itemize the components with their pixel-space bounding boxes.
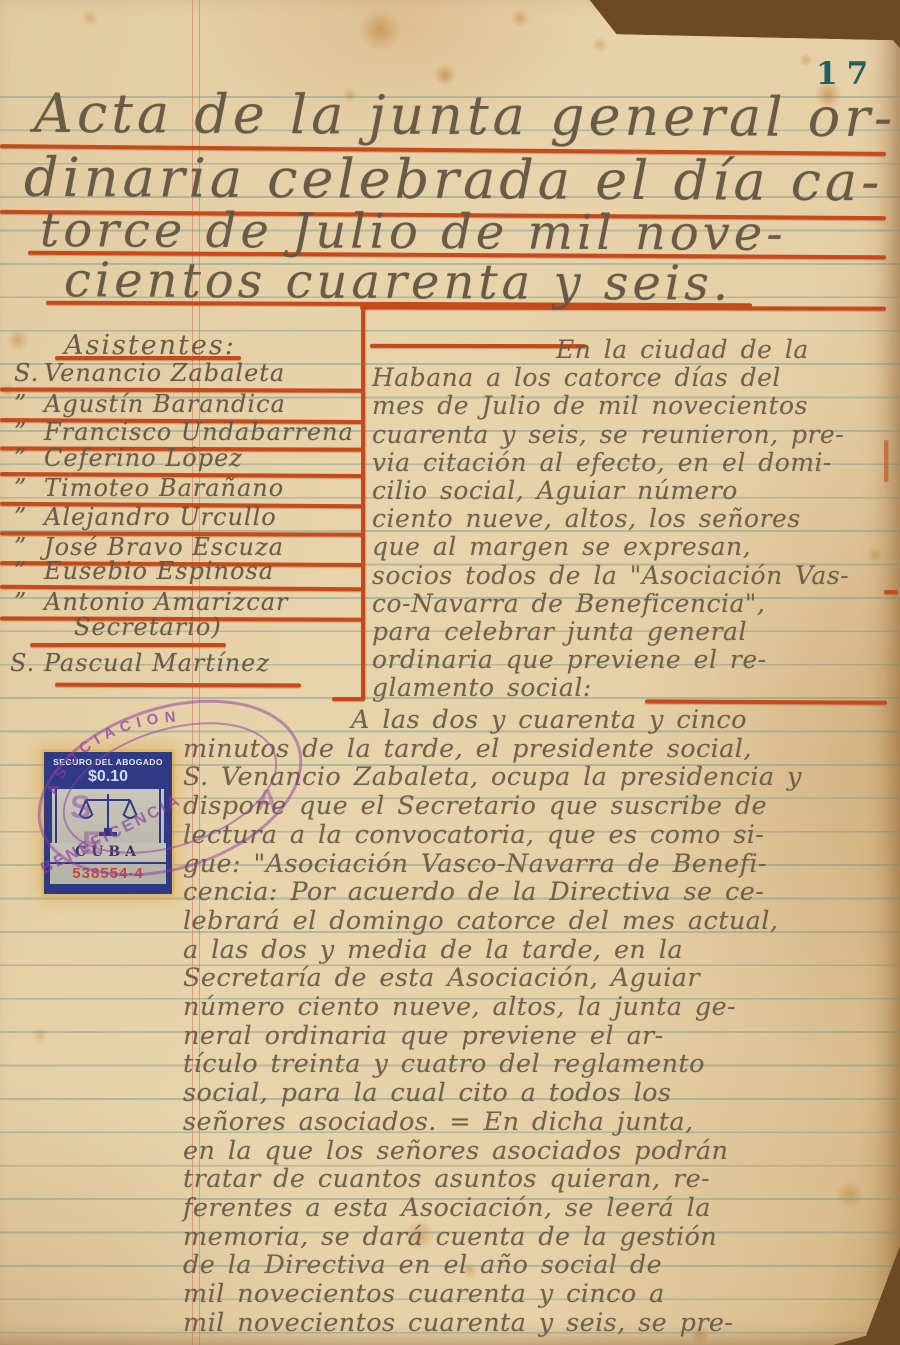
handwriting-line: cencia: Por acuerdo de la Directiva se c… bbox=[183, 878, 895, 907]
attendee-row: ”Timoteo Barañano bbox=[14, 474, 284, 502]
ledger-page: 17 Asistentes: En la ciudad de laHabana … bbox=[0, 0, 900, 1345]
title-line: Acta de la junta general or- bbox=[34, 82, 897, 150]
attendee-name: Venancio Zabaleta bbox=[44, 359, 285, 387]
handwriting-line: glamento social: bbox=[372, 674, 886, 702]
handwriting-line: mil novecientos cuarenta y cinco a bbox=[183, 1280, 895, 1309]
handwriting-line: señores asociados. = En dicha junta, bbox=[183, 1108, 895, 1137]
handwriting-line: cuarenta y seis, se reunieron, pre- bbox=[372, 421, 886, 449]
handwriting-line: mes de Julio de mil novecientos bbox=[372, 392, 886, 420]
handwriting-line: tratar de cuantos asuntos quieran, re- bbox=[183, 1165, 895, 1194]
attendee-name: Ceferino López bbox=[44, 444, 243, 472]
handwriting-line: social, para la cual cito a todos los bbox=[183, 1079, 895, 1108]
handwriting-line: tículo treinta y cuatro del reglamento bbox=[183, 1050, 895, 1079]
stamp-serial: 538554-4 bbox=[50, 862, 166, 884]
handwriting-line: Habana a los catorce días del bbox=[372, 364, 886, 392]
attendees-heading: Asistentes: bbox=[64, 330, 236, 361]
attendee-row: ”Agustín Barandica bbox=[14, 390, 286, 418]
handwriting-line: via citación al efecto, en el domi- bbox=[372, 449, 886, 477]
attendee-name: Eusebio Espinosa bbox=[44, 557, 274, 585]
revenue-stamp: SEGURO DEL ABOGADO $0.10 CUBA bbox=[44, 752, 172, 894]
handwriting-line: para celebrar junta general bbox=[372, 618, 886, 646]
handwriting-line: que al margen se expresan, bbox=[372, 533, 886, 561]
handwriting-line: co-Navarra de Beneficencia", bbox=[372, 590, 886, 618]
attendee-name: Antonio Amarizcar bbox=[44, 588, 289, 616]
handwriting-line: S. Venancio Zabaleta, ocupa la presidenc… bbox=[183, 763, 895, 792]
stamp-scales-panel bbox=[50, 789, 166, 843]
attendee-prefix: ” bbox=[14, 390, 44, 418]
attendee-row: ”Ceferino López bbox=[14, 444, 243, 472]
stamp-value: $0.10 bbox=[48, 767, 168, 789]
attendee-row: S.Venancio Zabaleta bbox=[14, 359, 285, 387]
handwriting-line: lectura a la convocatoria, que es como s… bbox=[183, 821, 895, 850]
title-line: cientos cuarenta y seis. bbox=[64, 252, 732, 311]
handwriting-line: ciento nueve, altos, los señores bbox=[372, 505, 886, 533]
handwriting-line: neral ordinaria que previene el ar- bbox=[183, 1022, 895, 1051]
handwriting-line: ferentes a esta Asociación, se leerá la bbox=[183, 1194, 895, 1223]
attendee-prefix: ” bbox=[14, 503, 44, 531]
handwriting-line: número ciento nueve, altos, la junta ge- bbox=[183, 993, 895, 1022]
red-ink-line bbox=[884, 590, 898, 594]
handwriting-line: Secretaría de esta Asociación, Aguiar bbox=[183, 964, 895, 993]
stamp-country: CUBA bbox=[50, 843, 166, 862]
secretary-label: Secretario) bbox=[74, 613, 222, 641]
stamp-header: SEGURO DEL ABOGADO bbox=[48, 756, 168, 767]
attendee-row: ”Antonio Amarizcar bbox=[14, 588, 289, 616]
attendee-prefix: ” bbox=[14, 557, 44, 585]
red-ink-line bbox=[30, 643, 226, 647]
handwriting-line: cilio social, Aguiar número bbox=[372, 477, 886, 505]
handwriting-line: mil novecientos cuarenta y seis, se pre- bbox=[183, 1309, 895, 1338]
attendee-prefix: ” bbox=[14, 418, 44, 446]
handwriting-line: a las dos y media de la tarde, en la bbox=[183, 936, 895, 965]
attendee-prefix: ” bbox=[14, 474, 44, 502]
scales-of-justice-icon bbox=[77, 790, 139, 842]
handwriting-line: en la que los señores asociados podrán bbox=[183, 1137, 895, 1166]
attendee-name: Francisco Undabarrena bbox=[44, 418, 354, 446]
attendee-name: Agustín Barandica bbox=[44, 390, 286, 418]
handwriting-line: de la Directiva en el año social de bbox=[183, 1251, 895, 1280]
attendee-name: Alejandro Urcullo bbox=[44, 503, 277, 531]
scanned-ledger-photo: 17 Asistentes: En la ciudad de laHabana … bbox=[0, 0, 900, 1345]
attendee-prefix: ” bbox=[14, 588, 44, 616]
stamp-footer-band bbox=[50, 884, 166, 890]
handwriting-line: En la ciudad de la bbox=[372, 336, 886, 364]
secretary-name: S. Pascual Martínez bbox=[10, 649, 270, 677]
attendee-row: ”Eusebio Espinosa bbox=[14, 557, 274, 585]
handwriting-line: memoria, se dará cuenta de la gestión bbox=[183, 1223, 895, 1252]
attendee-row: ”Francisco Undabarrena bbox=[14, 418, 354, 446]
red-ink-line bbox=[55, 683, 301, 688]
handwriting-line: gue: "Asociación Vasco-Navarra de Benefi… bbox=[183, 850, 895, 879]
attendee-row: ”Alejandro Urcullo bbox=[14, 503, 277, 531]
handwriting-line: lebrará el domingo catorce del mes actua… bbox=[183, 907, 895, 936]
main-paragraph-2: A las dos y cuarenta y cincominutos de l… bbox=[183, 706, 895, 1337]
handwriting-line: ordinaria que previene el re- bbox=[372, 646, 886, 674]
handwriting-line: A las dos y cuarenta y cinco bbox=[183, 706, 895, 735]
attendee-prefix: S. bbox=[14, 359, 44, 387]
red-ink-vertical-line bbox=[361, 306, 365, 700]
handwriting-line: minutos de la tarde, el presidente socia… bbox=[183, 735, 895, 764]
main-paragraph-1: En la ciudad de laHabana a los catorce d… bbox=[372, 336, 886, 703]
handwriting-line: socios todos de la "Asociación Vas- bbox=[372, 562, 886, 590]
attendee-prefix: ” bbox=[14, 444, 44, 472]
handwriting-line: dispone que el Secretario que suscribe d… bbox=[183, 792, 895, 821]
attendee-name: Timoteo Barañano bbox=[44, 474, 284, 502]
